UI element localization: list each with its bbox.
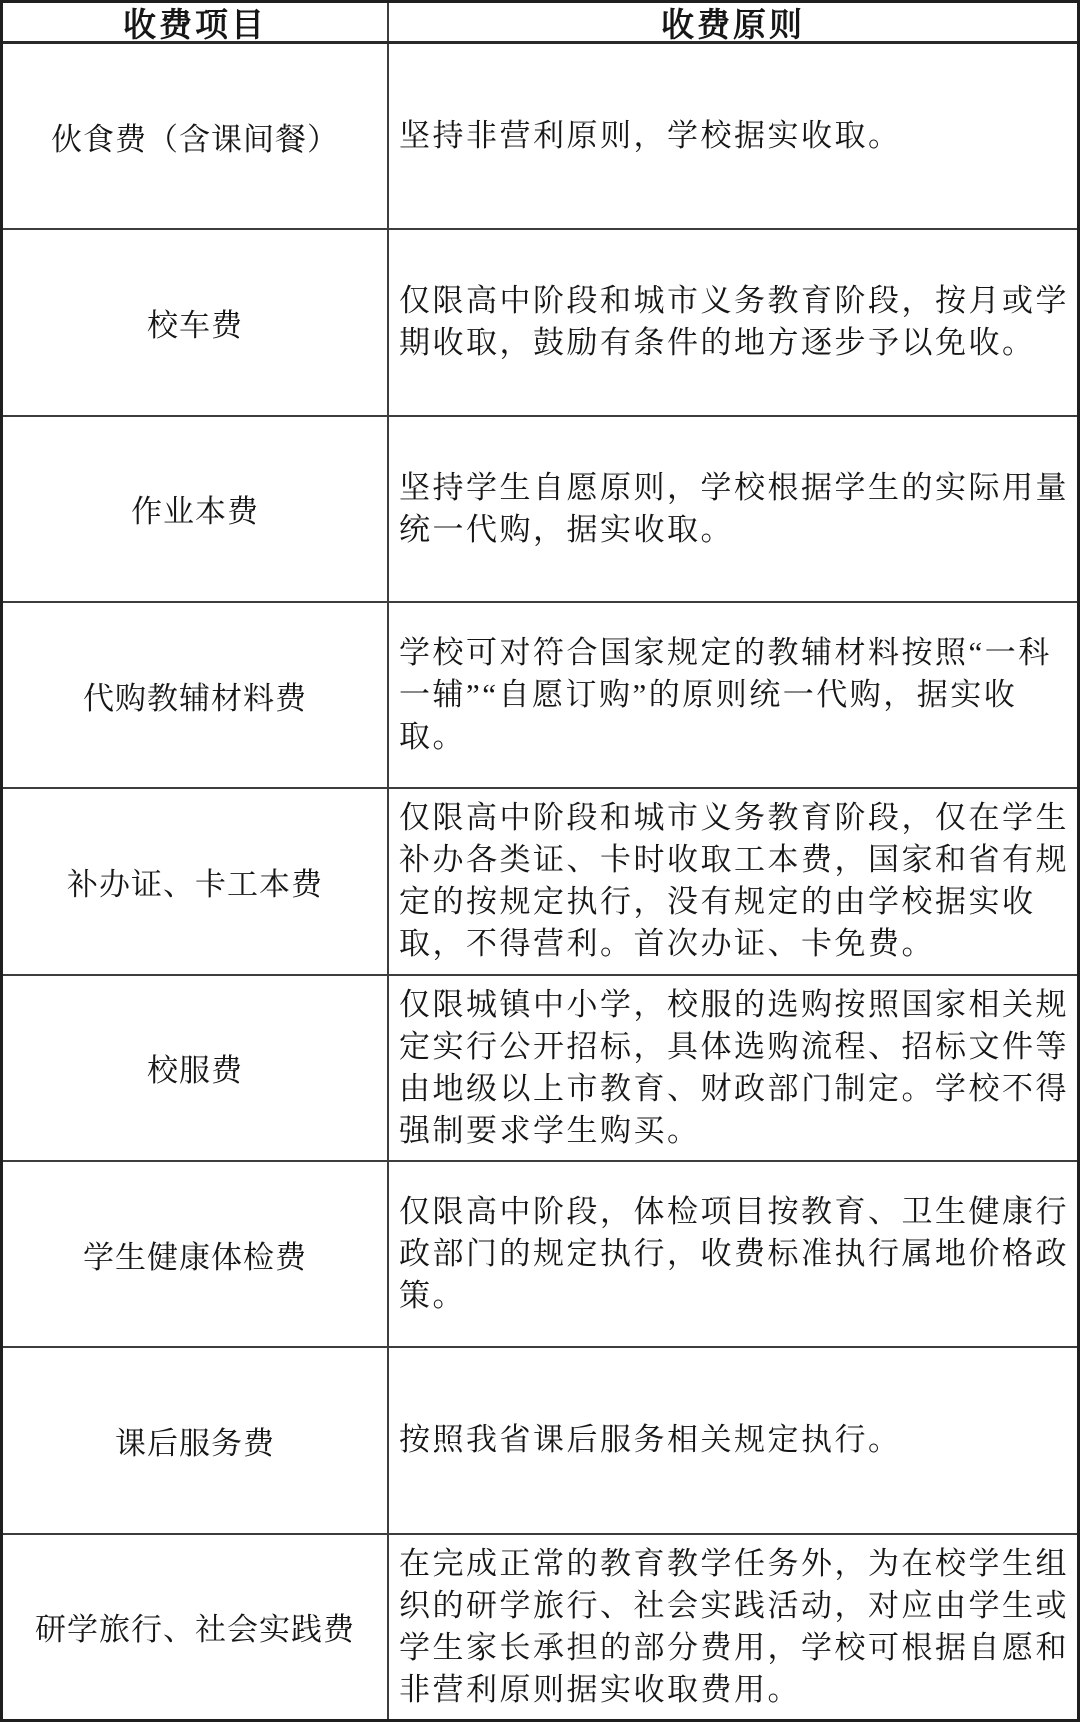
fee-principle-cell: 仅限高中阶段和城市义务教育阶段，仅在学生补办各类证、卡时收取工本费，国家和省有规… xyxy=(389,789,1077,973)
fee-principle-text: 坚持非营利原则，学校据实收取。 xyxy=(399,115,1069,157)
fee-item-label: 作业本费 xyxy=(3,417,389,601)
fee-principle-cell: 按照我省课后服务相关规定执行。 xyxy=(389,1348,1077,1532)
fee-principle-cell: 在完成正常的教育教学任务外，为在校学生组织的研学旅行、社会实践活动，对应由学生或… xyxy=(389,1535,1077,1719)
table-row-meal-fee: 伙食费（含课间餐） 坚持非营利原则，学校据实收取。 xyxy=(3,44,1077,228)
fee-principle-text: 学校可对符合国家规定的教辅材料按照“一科一辅”“自愿订购”的原则统一代购，据实收… xyxy=(399,632,1069,758)
fee-principle-cell: 仅限高中阶段，体检项目按教育、卫生健康行政部门的规定执行，收费标准执行属地价格政… xyxy=(389,1162,1077,1346)
table-row-supplementary-materials-fee: 代购教辅材料费 学校可对符合国家规定的教辅材料按照“一科一辅”“自愿订购”的原则… xyxy=(3,601,1077,787)
fee-principle-text: 在完成正常的教育教学任务外，为在校学生组织的研学旅行、社会实践活动，对应由学生或… xyxy=(399,1543,1069,1711)
header-fee-item: 收费项目 xyxy=(3,3,389,41)
fee-item-label: 代购教辅材料费 xyxy=(3,603,389,787)
header-fee-principle: 收费原则 xyxy=(389,3,1077,41)
fee-principle-cell: 坚持非营利原则，学校据实收取。 xyxy=(389,44,1077,228)
fee-principle-cell: 坚持学生自愿原则，学校根据学生的实际用量统一代购，据实收取。 xyxy=(389,417,1077,601)
fee-principle-text: 仅限高中阶段和城市义务教育阶段，按月或学期收取，鼓励有条件的地方逐步予以免收。 xyxy=(399,280,1069,364)
fee-principle-text: 按照我省课后服务相关规定执行。 xyxy=(399,1419,1069,1461)
fee-item-label: 学生健康体检费 xyxy=(3,1162,389,1346)
fee-principle-text: 仅限高中阶段，体检项目按教育、卫生健康行政部门的规定执行，收费标准执行属地价格政… xyxy=(399,1191,1069,1317)
fee-item-label: 伙食费（含课间餐） xyxy=(3,44,389,228)
fee-item-label: 补办证、卡工本费 xyxy=(3,789,389,973)
fee-item-label: 校服费 xyxy=(3,976,389,1160)
table-row-health-checkup-fee: 学生健康体检费 仅限高中阶段，体检项目按教育、卫生健康行政部门的规定执行，收费标… xyxy=(3,1160,1077,1346)
fee-principle-cell: 学校可对符合国家规定的教辅材料按照“一科一辅”“自愿订购”的原则统一代购，据实收… xyxy=(389,603,1077,787)
table-row-workbook-fee: 作业本费 坚持学生自愿原则，学校根据学生的实际用量统一代购，据实收取。 xyxy=(3,415,1077,601)
fee-principle-cell: 仅限高中阶段和城市义务教育阶段，按月或学期收取，鼓励有条件的地方逐步予以免收。 xyxy=(389,230,1077,414)
table-row-study-tour-fee: 研学旅行、社会实践费 在完成正常的教育教学任务外，为在校学生组织的研学旅行、社会… xyxy=(3,1533,1077,1719)
fee-principle-text: 仅限城镇中小学，校服的选购按照国家相关规定实行公开招标，具体选购流程、招标文件等… xyxy=(399,984,1069,1152)
fee-principle-cell: 仅限城镇中小学，校服的选购按照国家相关规定实行公开招标，具体选购流程、招标文件等… xyxy=(389,976,1077,1160)
table-row-card-reissue-fee: 补办证、卡工本费 仅限高中阶段和城市义务教育阶段，仅在学生补办各类证、卡时收取工… xyxy=(3,787,1077,973)
fee-table: 收费项目 收费原则 伙食费（含课间餐） 坚持非营利原则，学校据实收取。 校车费 … xyxy=(0,0,1080,1722)
fee-principle-text: 坚持学生自愿原则，学校根据学生的实际用量统一代购，据实收取。 xyxy=(399,467,1069,551)
table-row-after-school-service-fee: 课后服务费 按照我省课后服务相关规定执行。 xyxy=(3,1346,1077,1532)
fee-principle-text: 仅限高中阶段和城市义务教育阶段，仅在学生补办各类证、卡时收取工本费，国家和省有规… xyxy=(399,797,1069,965)
fee-item-label: 课后服务费 xyxy=(3,1348,389,1532)
table-header-row: 收费项目 收费原则 xyxy=(3,3,1077,44)
table-row-uniform-fee: 校服费 仅限城镇中小学，校服的选购按照国家相关规定实行公开招标，具体选购流程、招… xyxy=(3,974,1077,1160)
fee-item-label: 校车费 xyxy=(3,230,389,414)
table-row-school-bus-fee: 校车费 仅限高中阶段和城市义务教育阶段，按月或学期收取，鼓励有条件的地方逐步予以… xyxy=(3,228,1077,414)
fee-item-label: 研学旅行、社会实践费 xyxy=(3,1535,389,1719)
